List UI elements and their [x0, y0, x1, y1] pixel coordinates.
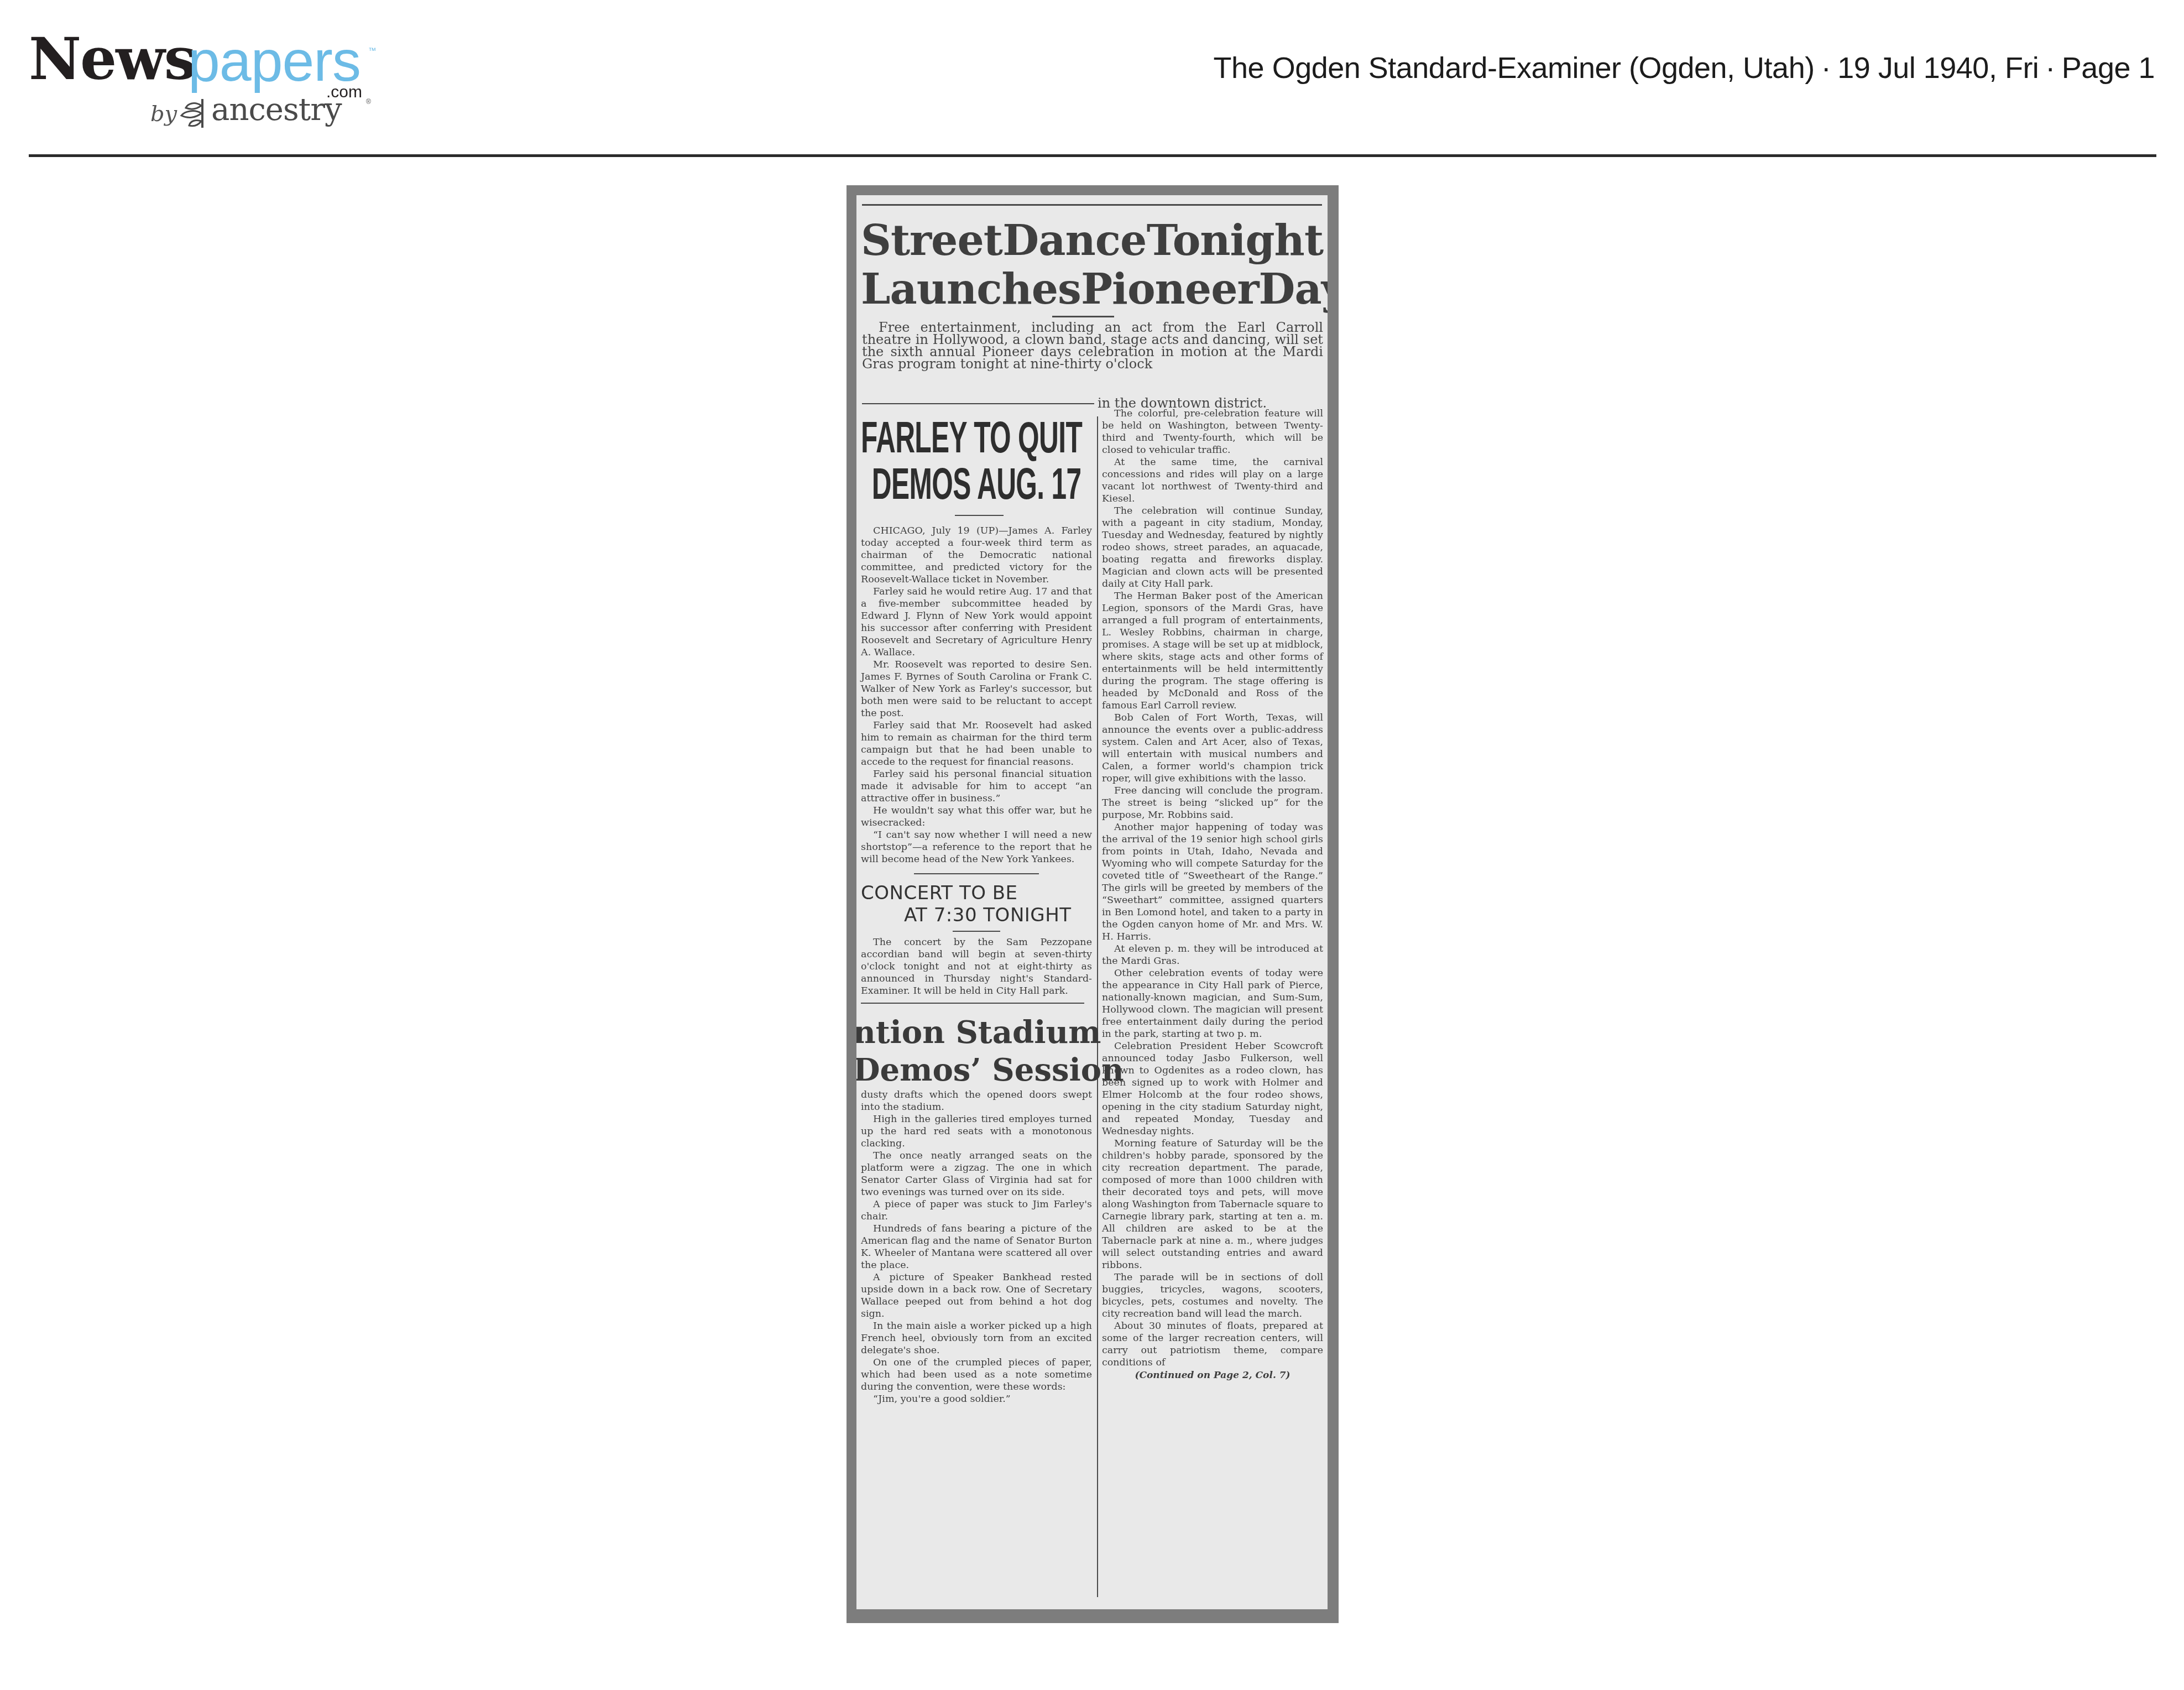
logo-papers-text: papers [188, 33, 360, 90]
main-headline-line-1: Street Dance Tonight [861, 216, 1323, 265]
header-divider [29, 154, 2156, 157]
concert-divider [953, 931, 1000, 932]
newspapers-logo[interactable]: News papers ™ .com by ancestry ® [28, 30, 382, 130]
main-lede: Free entertainment, including an act fro… [862, 321, 1323, 370]
logo-ancestry-text: ancestry [211, 95, 342, 126]
main-article-body: The colorful, pre-celebration feature wi… [1102, 408, 1323, 1369]
separator-dot: · [2045, 51, 2055, 85]
page-header: News papers ™ .com by ancestry ® The Ogd… [0, 0, 2184, 158]
concert-article-body: The concert by the Sam Pezzopane accordi… [861, 936, 1092, 997]
ancestry-leaf-icon [178, 97, 210, 130]
clipping-citation: The Ogden Standard-Examiner (Ogden, Utah… [1214, 51, 2155, 85]
main-headline-line-2: Launches Pioneer Days [861, 265, 1323, 314]
logo-by-text: by [150, 101, 177, 127]
farley-article-body: CHICAGO, July 19 (UP)—James A. Farley to… [861, 525, 1092, 865]
page-number: Page 1 [2062, 51, 2155, 85]
stadium-article-body: dusty drafts which the opened doors swep… [861, 1089, 1092, 1405]
publication-date: 19 Jul 1940, Fri [1837, 51, 2039, 85]
separator-dot: · [1821, 51, 1831, 85]
column-rule [1097, 416, 1098, 1597]
section-divider [862, 403, 1094, 404]
farley-headline: FARLEY TO QUIT DEMOS AUG. 17 [861, 414, 1094, 507]
main-headline: Street Dance Tonight Launches Pioneer Da… [861, 216, 1323, 314]
stadium-headline: ntion Stadium Demos’ Session [856, 1014, 1092, 1089]
logo-trademark: ™ [368, 46, 376, 55]
clipping-frame: Street Dance Tonight Launches Pioneer Da… [847, 185, 1339, 1623]
article-divider [861, 1003, 1084, 1004]
logo-news-text: News [29, 30, 195, 88]
continued-note: (Continued on Page 2, Col. 7) [1102, 1370, 1323, 1381]
publication-name: The Ogden Standard-Examiner (Ogden, Utah… [1214, 51, 1815, 85]
right-column: The colorful, pre-celebration feature wi… [1102, 408, 1323, 1381]
concert-headline: CONCERT TO BE AT 7:30 TONIGHT [861, 882, 1092, 926]
left-column: FARLEY TO QUIT DEMOS AUG. 17 CHICAGO, Ju… [861, 414, 1092, 1405]
top-rule [862, 204, 1322, 206]
headline-divider [1052, 316, 1114, 317]
article-divider [914, 873, 1039, 874]
logo-registered: ® [366, 98, 371, 106]
farley-divider [955, 515, 1004, 516]
newspaper-clipping-image[interactable]: Street Dance Tonight Launches Pioneer Da… [856, 195, 1328, 1609]
